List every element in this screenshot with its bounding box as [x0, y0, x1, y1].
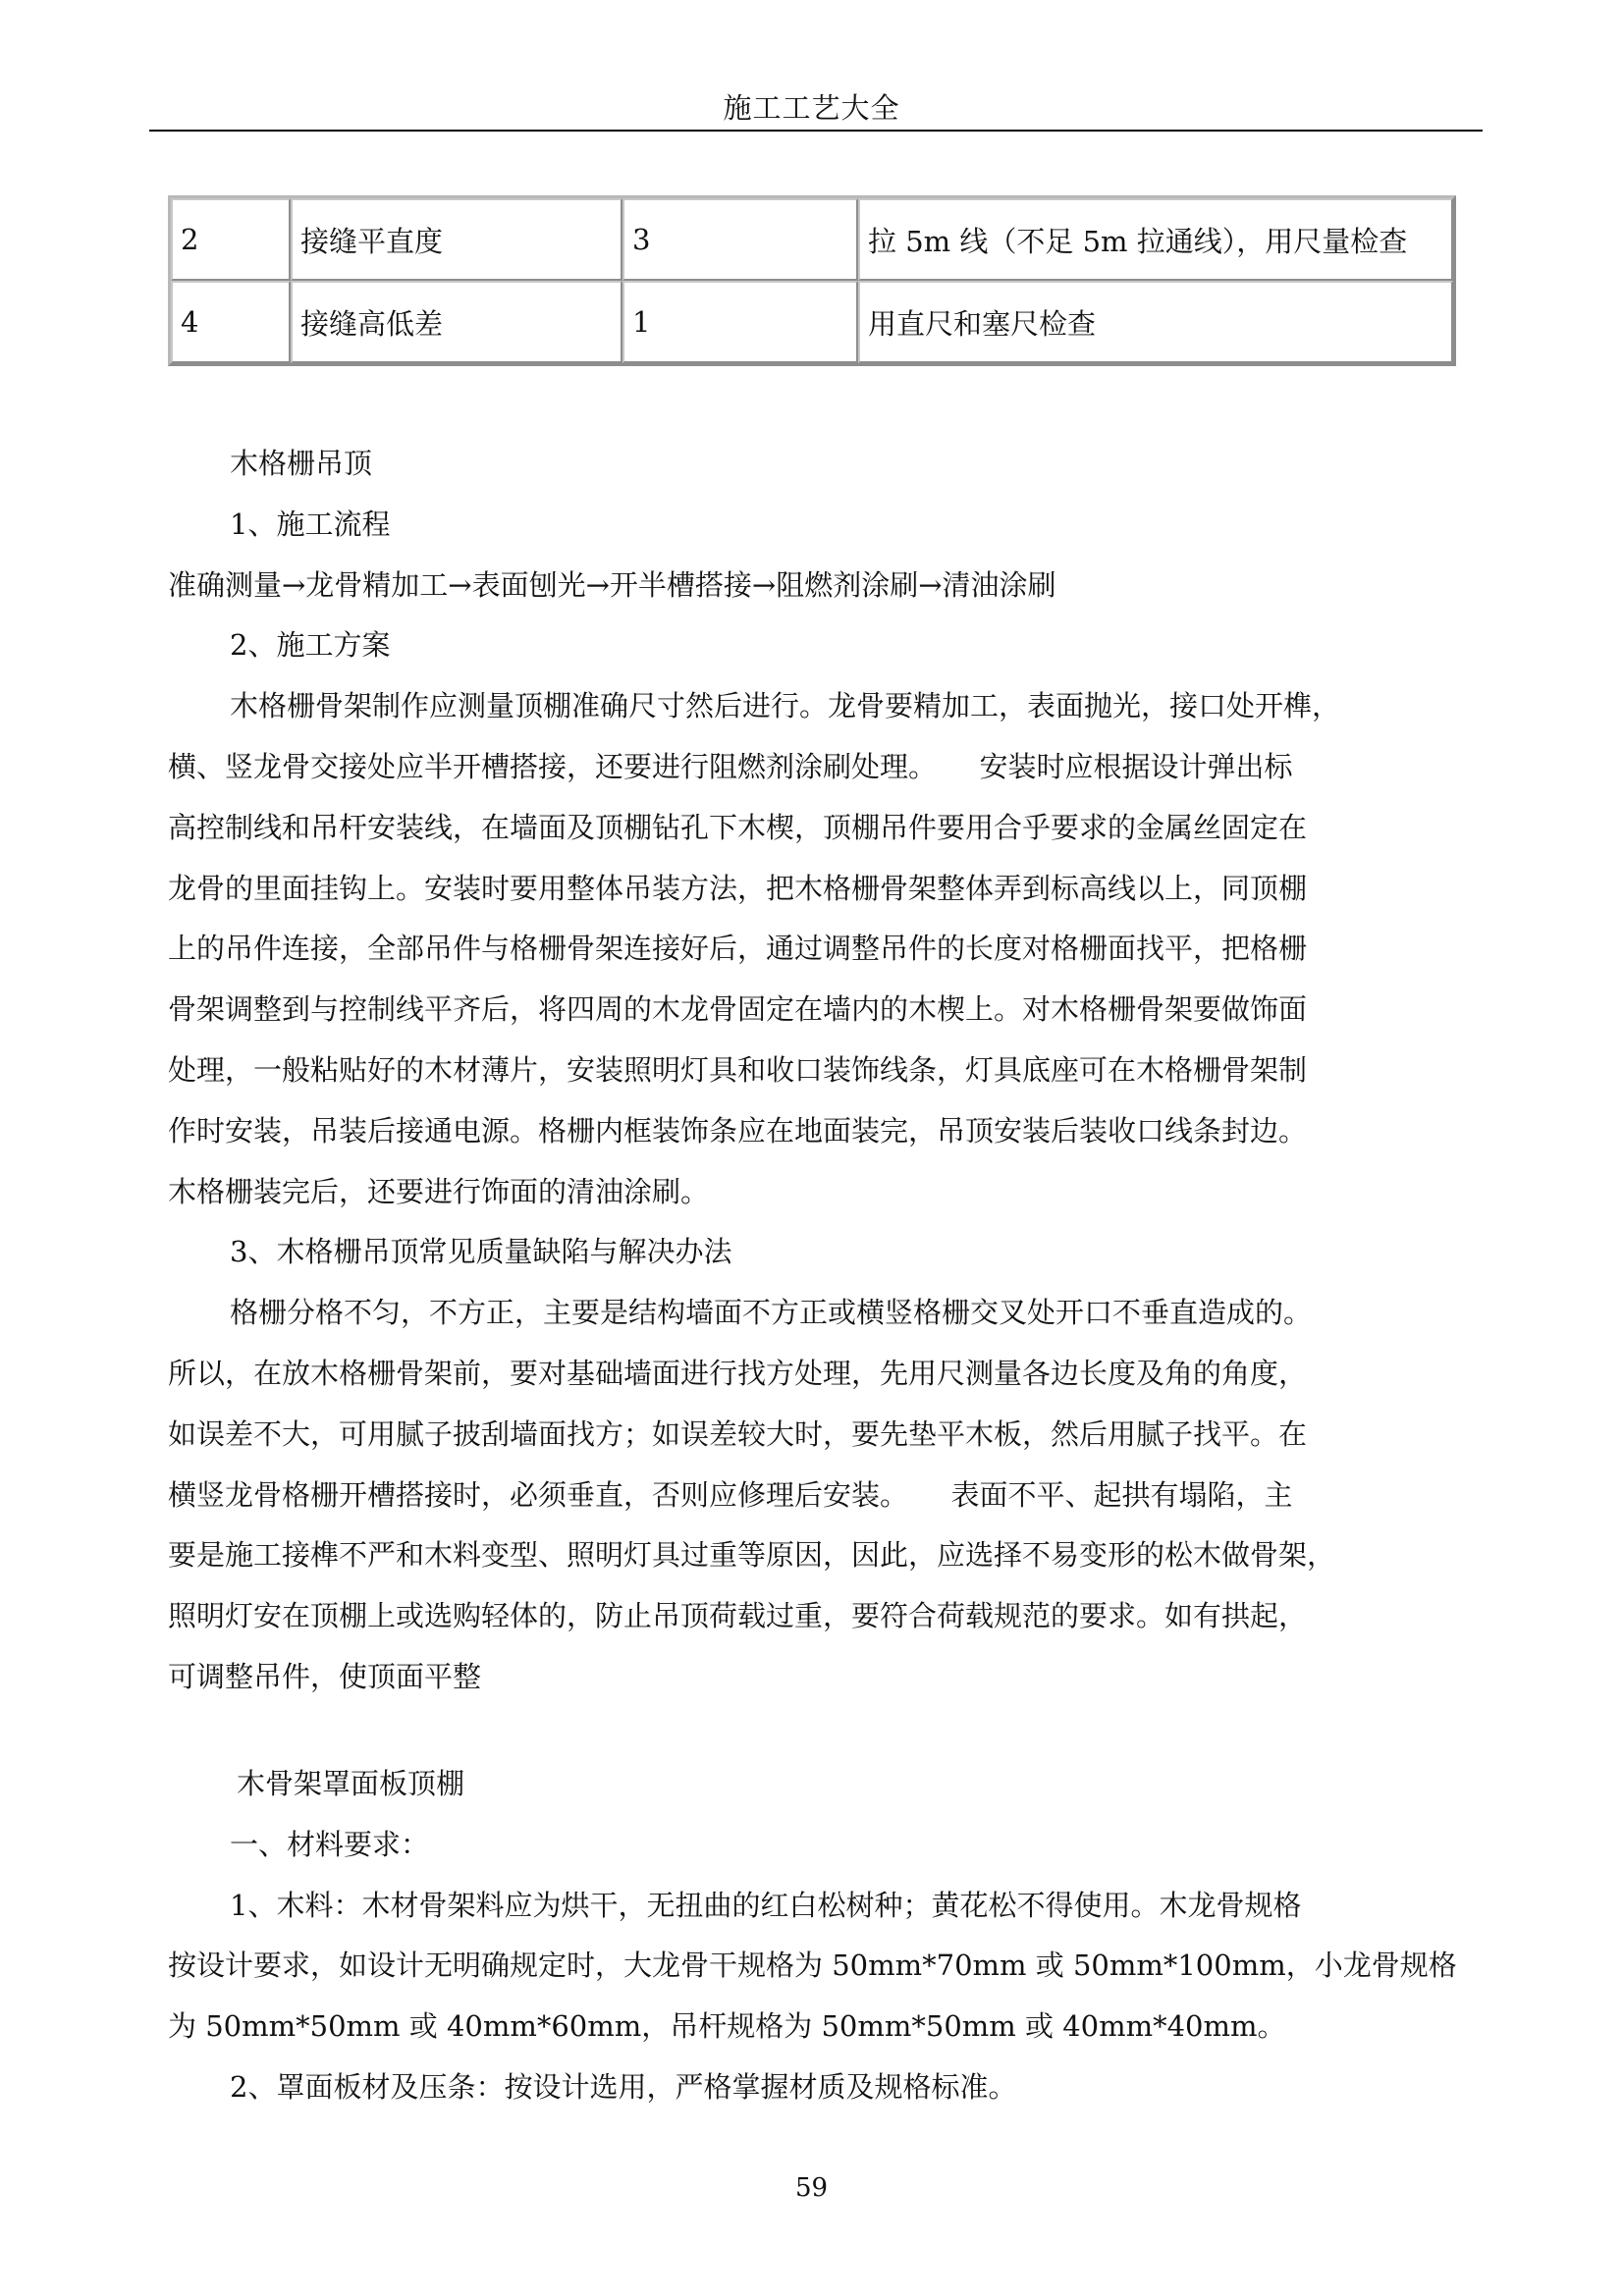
paragraph-line: 上的吊件连接，全部吊件与格栅骨架连接好后，通过调整吊件的长度对格栅面找平，把格栅	[168, 919, 1484, 980]
paragraph-line: 高控制线和吊杆安装线，在墙面及顶棚钻孔下木楔，顶棚吊件要用合乎要求的金属丝固定在	[168, 798, 1484, 859]
flow-text: 准确测量→龙骨精加工→表面刨光→开半槽搭接→阻燃剂涂刷→清油涂刷	[168, 556, 1484, 616]
paragraph-line: 2、罩面板材及压条：按设计选用，严格掌握材质及规格标准。	[168, 2057, 1484, 2118]
paragraph-line: 如误差不大，可用腻子披刮墙面找方；如误差较大时，要先垫平木板，然后用腻子找平。在	[168, 1405, 1484, 1466]
paragraph-line: 木格栅装完后，还要进行饰面的清油涂刷。	[168, 1162, 1484, 1223]
page-header-title: 施工工艺大全	[0, 86, 1623, 127]
table-cell-item: 接缝高低差	[291, 281, 622, 363]
heading-construction-plan: 2、施工方案	[168, 615, 1484, 676]
tolerance-table: 2 接缝平直度 3 拉 5m 线（不足 5m 拉通线），用尺量检查 4 接缝高低…	[168, 195, 1456, 366]
section-title: 木格栅吊顶	[168, 434, 1484, 495]
heading-quality-defects: 3、木格栅吊顶常见质量缺陷与解决办法	[168, 1222, 1484, 1283]
section-wood-grille-ceiling: 木格栅吊顶 1、施工流程 准确测量→龙骨精加工→表面刨光→开半槽搭接→阻燃剂涂刷…	[168, 434, 1484, 1708]
table-cell-index: 4	[171, 281, 291, 363]
table-cell-method: 用直尺和塞尺检查	[858, 281, 1453, 363]
table-row: 2 接缝平直度 3 拉 5m 线（不足 5m 拉通线），用尺量检查	[171, 198, 1453, 281]
paragraph-line: 龙骨的里面挂钩上。安装时要用整体吊装方法，把木格栅骨架整体弄到标高线以上，同顶棚	[168, 859, 1484, 920]
table-cell-item: 接缝平直度	[291, 198, 622, 281]
table-cell-tolerance: 3	[622, 198, 858, 281]
paragraph-line: 横竖龙骨格栅开槽搭接时，必须垂直，否则应修理后安装。 表面不平、起拱有塌陷，主	[168, 1466, 1484, 1526]
header-rule	[149, 130, 1483, 132]
table-row: 4 接缝高低差 1 用直尺和塞尺检查	[171, 281, 1453, 363]
heading-construction-flow: 1、施工流程	[168, 495, 1484, 556]
paragraph-line: 可调整吊件，使顶面平整	[168, 1647, 1484, 1708]
paragraph-line: 为 50mm*50mm 或 40mm*60mm，吊杆规格为 50mm*50mm …	[168, 1997, 1484, 2057]
table-cell-tolerance: 1	[622, 281, 858, 363]
paragraph-line: 要是施工接榫不严和木料变型、照明灯具过重等原因，因此，应选择不易变形的松木做骨架…	[168, 1525, 1484, 1586]
table-cell-index: 2	[171, 198, 291, 281]
table-cell-method: 拉 5m 线（不足 5m 拉通线），用尺量检查	[858, 198, 1453, 281]
section-wood-frame-panel-ceiling: 木骨架罩面板顶棚 一、材料要求： 1、木料：木材骨架料应为烘干，无扭曲的红白松树…	[168, 1754, 1484, 2118]
paragraph-line: 格栅分格不匀，不方正，主要是结构墙面不方正或横竖格栅交叉处开口不垂直造成的。	[168, 1283, 1484, 1344]
paragraph-line: 处理，一般粘贴好的木材薄片，安装照明灯具和收口装饰线条，灯具底座可在木格栅骨架制	[168, 1041, 1484, 1101]
paragraph-line: 所以，在放木格栅骨架前，要对基础墙面进行找方处理，先用尺测量各边长度及角的角度，	[168, 1344, 1484, 1405]
paragraph-line: 骨架调整到与控制线平齐后，将四周的木龙骨固定在墙内的木楔上。对木格栅骨架要做饰面	[168, 980, 1484, 1041]
paragraph-line: 木格栅骨架制作应测量顶棚准确尺寸然后进行。龙骨要精加工，表面抛光，接口处开榫，	[168, 676, 1484, 737]
paragraph-line: 按设计要求，如设计无明确规定时，大龙骨干规格为 50mm*70mm 或 50mm…	[168, 1936, 1484, 1997]
paragraph-line: 1、木料：木材骨架料应为烘干，无扭曲的红白松树种；黄花松不得使用。木龙骨规格	[168, 1876, 1484, 1937]
heading-material-requirements: 一、材料要求：	[168, 1815, 1484, 1876]
section-title: 木骨架罩面板顶棚	[168, 1754, 1484, 1815]
paragraph-line: 作时安装，吊装后接通电源。格栅内框装饰条应在地面装完，吊顶安装后装收口线条封边。	[168, 1101, 1484, 1162]
page-number: 59	[0, 2173, 1623, 2203]
paragraph-line: 照明灯安在顶棚上或选购轻体的，防止吊顶荷载过重，要符合荷载规范的要求。如有拱起，	[168, 1586, 1484, 1647]
paragraph-line: 横、竖龙骨交接处应半开槽搭接，还要进行阻燃剂涂刷处理。 安装时应根据设计弹出标	[168, 737, 1484, 798]
